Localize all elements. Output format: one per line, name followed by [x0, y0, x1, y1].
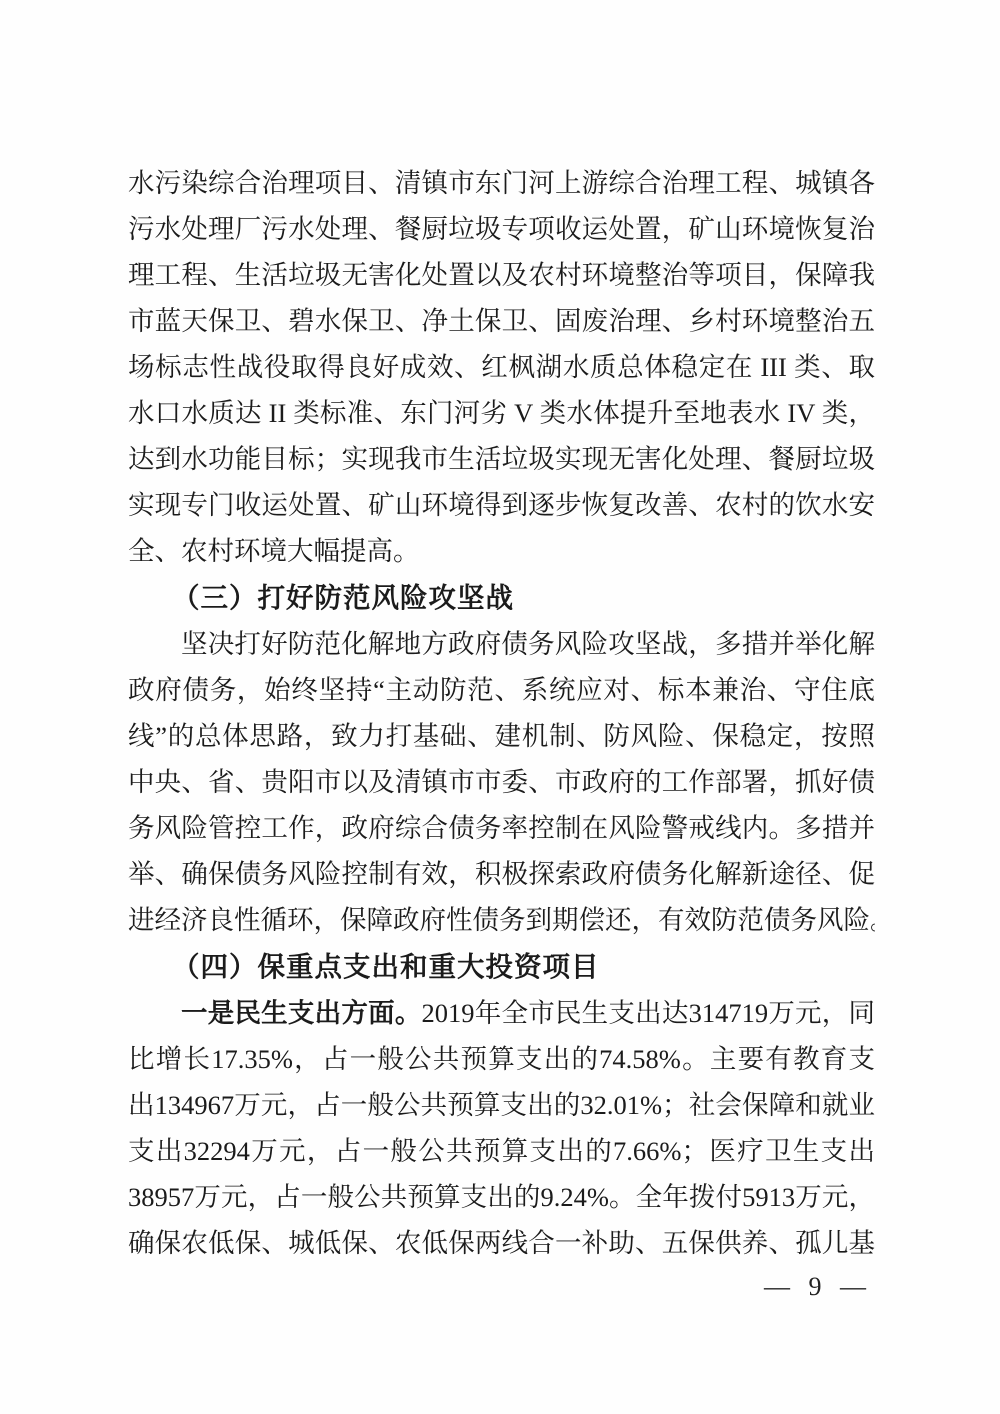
- body-line: 理工程、生活垃圾无害化处置以及农村环境整治等项目，保障我: [128, 252, 875, 298]
- section-heading-3: （三）打好防范风险攻坚战: [128, 574, 875, 621]
- body-line: 水污染综合治理项目、清镇市东门河上游综合治理工程、城镇各: [128, 160, 875, 206]
- body-line-text: 2019年全市民生支出达314719万元，同: [422, 998, 875, 1028]
- body-line: 实现专门收运处置、矿山环境得到逐步恢复改善、农村的饮水安: [128, 482, 875, 528]
- body-line: 一是民生支出方面。2019年全市民生支出达314719万元，同: [128, 990, 875, 1036]
- body-line: 进经济良性循环，保障政府性债务到期偿还，有效防范债务风险。: [128, 897, 875, 943]
- body-line: 确保农低保、城低保、农低保两线合一补助、五保供养、孤儿基: [128, 1220, 875, 1266]
- body-line: 场标志性战役取得良好成效、红枫湖水质总体稳定在 III 类、取: [128, 344, 875, 390]
- paragraph-key-expenditure: 一是民生支出方面。2019年全市民生支出达314719万元，同 比增长17.35…: [128, 990, 875, 1266]
- body-line: 坚决打好防范化解地方政府债务风险攻坚战，多措并举化解: [128, 621, 875, 667]
- body-line: 达到水功能目标；实现我市生活垃圾实现无害化处理、餐厨垃圾: [128, 436, 875, 482]
- document-body: 水污染综合治理项目、清镇市东门河上游综合治理工程、城镇各 污水处理厂污水处理、餐…: [128, 160, 875, 1266]
- paragraph-debt-risk: 坚决打好防范化解地方政府债务风险攻坚战，多措并举化解 政府债务，始终坚持“主动防…: [128, 621, 875, 943]
- body-line: 38957万元，占一般公共预算支出的9.24%。全年拨付5913万元，: [128, 1174, 875, 1220]
- body-line: 中央、省、贵阳市以及清镇市市委、市政府的工作部署，抓好债: [128, 759, 875, 805]
- section-heading-4: （四）保重点支出和重大投资项目: [128, 943, 875, 990]
- body-line: 市蓝天保卫、碧水保卫、净土保卫、固废治理、乡村环境整治五: [128, 298, 875, 344]
- body-line: 水口水质达 II 类标准、东门河劣 V 类水体提升至地表水 IV 类，: [128, 390, 875, 436]
- body-line: 政府债务，始终坚持“主动防范、系统应对、标本兼治、守住底: [128, 667, 875, 713]
- body-line: 举、确保债务风险控制有效，积极探索政府债务化解新途径、促: [128, 851, 875, 897]
- body-line: 支出32294万元，占一般公共预算支出的7.66%；医疗卫生支出: [128, 1128, 875, 1174]
- document-page: 水污染综合治理项目、清镇市东门河上游综合治理工程、城镇各 污水处理厂污水处理、餐…: [0, 0, 1000, 1414]
- paragraph-environment: 水污染综合治理项目、清镇市东门河上游综合治理工程、城镇各 污水处理厂污水处理、餐…: [128, 160, 875, 574]
- body-line: 线”的总体思路，致力打基础、建机制、防风险、保稳定，按照: [128, 713, 875, 759]
- bold-lead-text: 一是民生支出方面。: [181, 998, 422, 1028]
- body-line: 务风险管控工作，政府综合债务率控制在风险警戒线内。多措并: [128, 805, 875, 851]
- body-line: 污水处理厂污水处理、餐厨垃圾专项收运处置，矿山环境恢复治: [128, 206, 875, 252]
- body-line: 全、农村环境大幅提高。: [128, 528, 875, 574]
- page-number: — 9 —: [764, 1272, 872, 1302]
- body-line: 比增长17.35%，占一般公共预算支出的74.58%。主要有教育支: [128, 1036, 875, 1082]
- body-line: 出134967万元，占一般公共预算支出的32.01%；社会保障和就业: [128, 1082, 875, 1128]
